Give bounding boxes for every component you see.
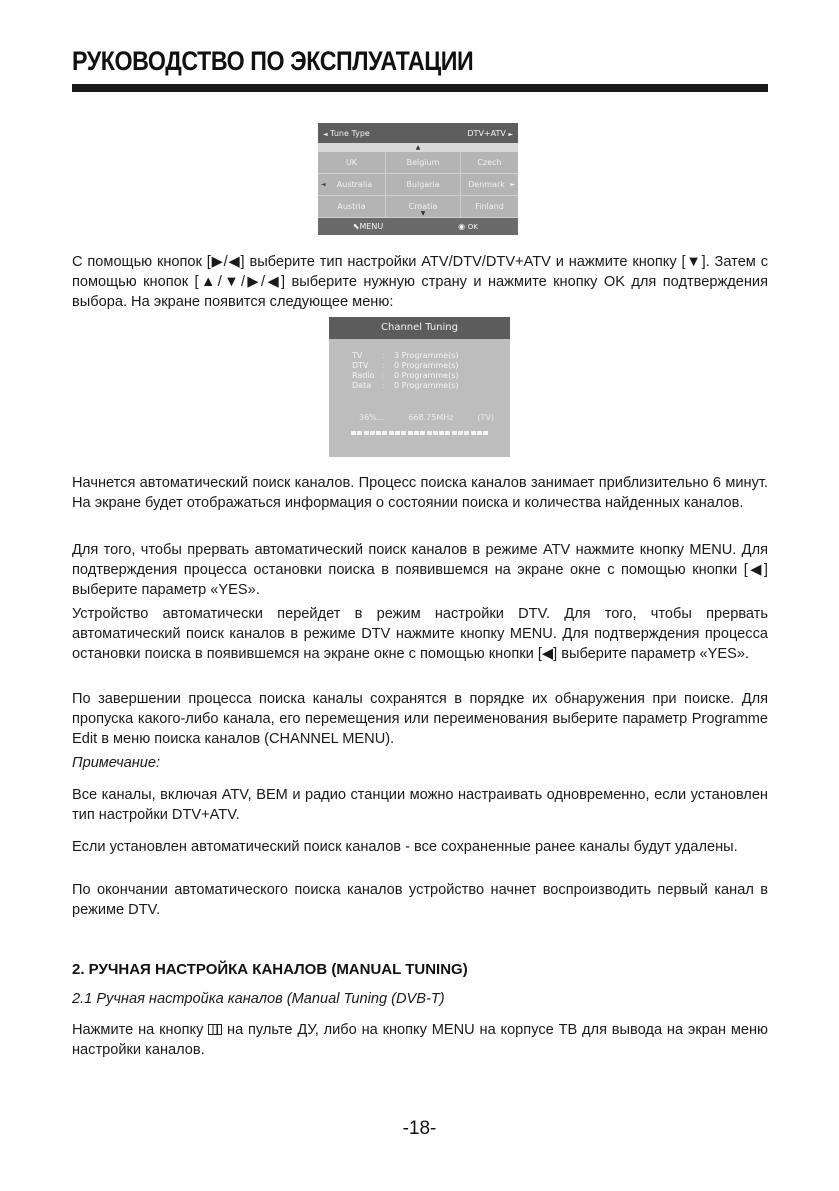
progress-segment [357, 431, 362, 435]
count-row: TV:3 Programme(s) [352, 351, 459, 361]
progress-segment [395, 431, 400, 435]
title-rule [72, 84, 768, 92]
progress-segment [483, 431, 488, 435]
country-cell[interactable]: Finland [461, 196, 518, 218]
paragraph-scan-info: Начнется автоматический поиск каналов. П… [72, 473, 768, 513]
progress-segment [464, 431, 469, 435]
menu-hint: ⬉MENU [318, 222, 418, 231]
paragraph-manual-tuning: Нажмите на кнопку на пульте ДУ, либо на … [72, 1020, 768, 1060]
country-cell[interactable]: Czech [461, 152, 518, 174]
progress-bar [351, 431, 488, 435]
note-deleted: Если установлен автоматический поиск кан… [72, 837, 768, 857]
progress-segment [439, 431, 444, 435]
progress-segment [433, 431, 438, 435]
country-cell[interactable]: Austria [318, 196, 386, 218]
paragraph-instructions: С помощью кнопок [▶/◀] выберите тип наст… [72, 252, 768, 312]
progress-segment [458, 431, 463, 435]
ok-hint: ◉ OK [418, 222, 518, 231]
progress-percent: 36%... [359, 413, 384, 422]
scroll-down-icon[interactable]: ▼ [421, 211, 426, 217]
note-label: Примечание: [72, 753, 768, 773]
tune-type-footer: ⬉MENU ◉ OK [318, 218, 518, 235]
paragraph-save-order: По завершении процесса поиска каналы сох… [72, 689, 768, 749]
page-number: -18- [0, 1118, 839, 1140]
scan-status: 36%... 668.75MHz (TV) [349, 413, 494, 422]
paragraph-stop-dtv: Устройство автоматически перейдет в режи… [72, 604, 768, 664]
country-cell[interactable]: Bulgaria [386, 174, 461, 196]
ok-circle-icon: ◉ [458, 222, 465, 231]
page-title: РУКОВОДСТВО ПО ЭКСПЛУАТАЦИИ [72, 46, 473, 77]
progress-segment [389, 431, 394, 435]
country-cell[interactable]: Croatia▼ [386, 196, 461, 218]
progress-segment [427, 431, 432, 435]
channel-tuning-title: Channel Tuning [329, 317, 510, 339]
tune-type-label: Tune Type [330, 129, 370, 138]
tune-type-header[interactable]: ◄ Tune Type DTV+ATV ► [318, 123, 518, 143]
progress-segment [420, 431, 425, 435]
programme-counts: TV:3 Programme(s) DTV:0 Programme(s) Rad… [352, 351, 459, 391]
progress-segment [445, 431, 450, 435]
left-arrow-icon: ◄ [321, 181, 326, 188]
progress-segment [370, 431, 375, 435]
frequency-readout: 668.75MHz [408, 413, 453, 422]
right-arrow-icon: ► [508, 131, 513, 138]
country-grid: UK Belgium Czech ◄Australia Bulgaria Den… [318, 152, 518, 218]
scan-mode: (TV) [477, 413, 494, 422]
country-cell[interactable]: UK [318, 152, 386, 174]
count-row: DTV:0 Programme(s) [352, 361, 459, 371]
tune-type-value: DTV+ATV [467, 129, 505, 138]
count-row: Radio:0 Programme(s) [352, 371, 459, 381]
tune-type-menu: ◄ Tune Type DTV+ATV ► ▲ UK Belgium Czech… [318, 123, 518, 235]
count-row: Data:0 Programme(s) [352, 381, 459, 391]
right-arrow-icon: ► [510, 181, 515, 188]
country-cell[interactable]: Belgium [386, 152, 461, 174]
progress-segment [471, 431, 476, 435]
channel-tuning-panel: Channel Tuning TV:3 Programme(s) DTV:0 P… [329, 317, 510, 457]
progress-segment [414, 431, 419, 435]
subsection-heading: 2.1 Ручная настройка каналов (Manual Tun… [72, 991, 445, 1007]
country-cell[interactable]: ◄Australia [318, 174, 386, 196]
paragraph-stop-atv: Для того, чтобы прервать автоматический … [72, 540, 768, 600]
progress-segment [401, 431, 406, 435]
progress-segment [382, 431, 387, 435]
scroll-up-icon[interactable]: ▲ [318, 143, 518, 152]
progress-segment [364, 431, 369, 435]
progress-segment [452, 431, 457, 435]
progress-segment [477, 431, 482, 435]
progress-segment [351, 431, 356, 435]
section-heading: 2. РУЧНАЯ НАСТРОЙКА КАНАЛОВ (MANUAL TUNI… [72, 961, 468, 978]
note-simultaneous: Все каналы, включая ATV, ВЕМ и радио ста… [72, 785, 768, 825]
progress-segment [408, 431, 413, 435]
country-cell[interactable]: Denmark► [461, 174, 518, 196]
left-arrow-icon: ◄ [323, 131, 328, 138]
progress-segment [376, 431, 381, 435]
note-first-channel: По окончании автоматического поиска кана… [72, 880, 768, 920]
menu-button-icon [208, 1024, 222, 1035]
